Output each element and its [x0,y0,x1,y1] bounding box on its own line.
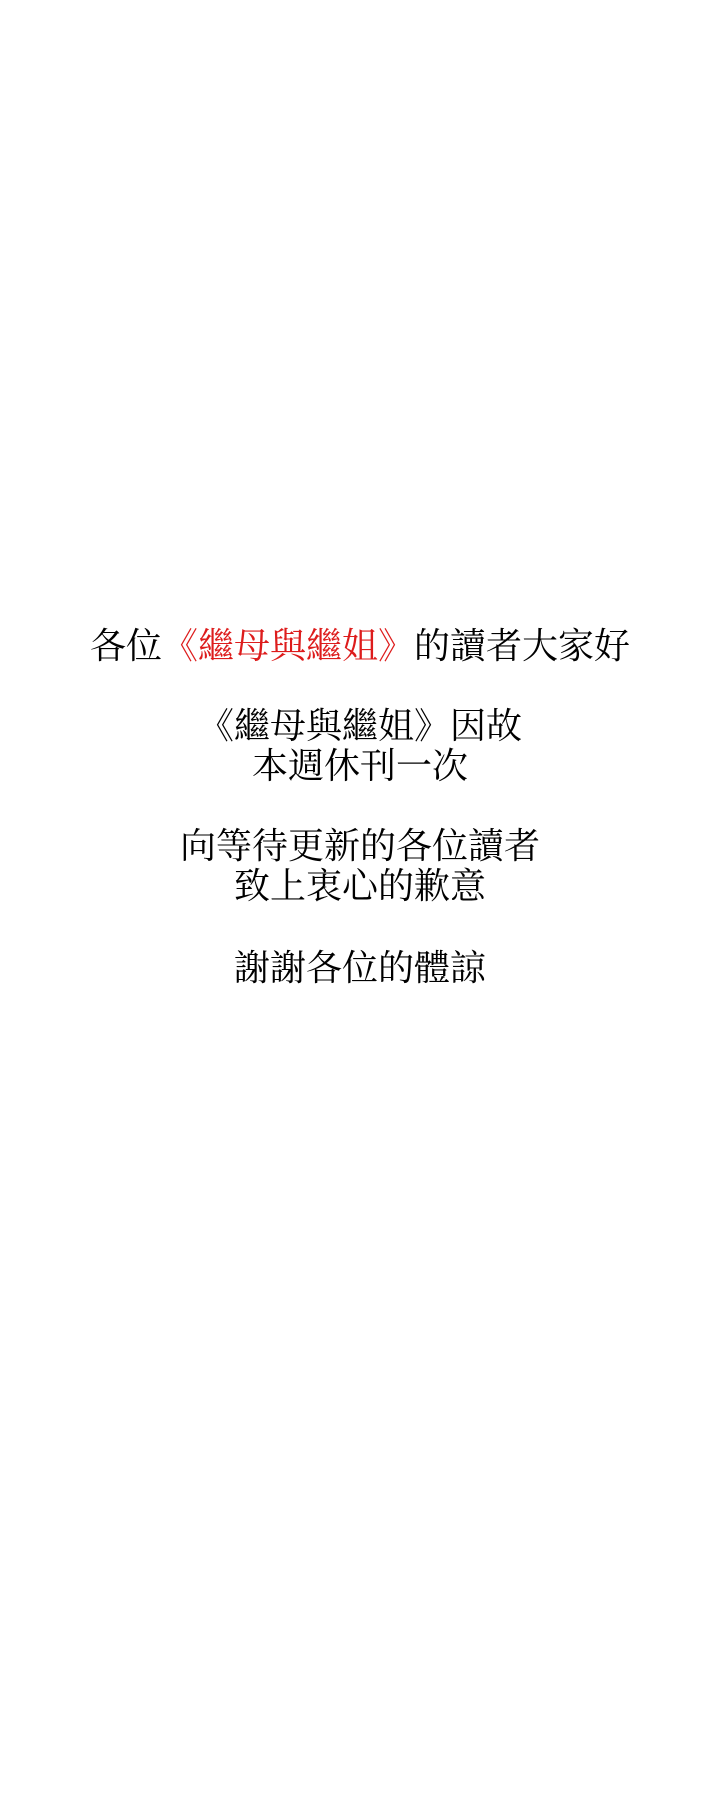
apology-readers-line: 向等待更新的各位讀者 [180,825,540,866]
notice-apology-paragraph: 向等待更新的各位讀者致上衷心的歉意 [0,826,720,906]
thanks-line: 謝謝各位的體諒 [234,947,486,988]
notice-greeting-line: 各位《繼母與繼姐》的讀者大家好 [0,626,720,666]
notice-thanks-paragraph: 謝謝各位的體諒 [0,948,720,988]
hiatus-week-line: 本週休刊一次 [252,745,468,786]
notice-hiatus-paragraph: 《繼母與繼姐》因故本週休刊一次 [0,706,720,786]
greeting-prefix: 各位 [90,625,162,666]
series-title-highlighted: 《繼母與繼姐》 [162,625,414,666]
notice-page-background: 各位《繼母與繼姐》的讀者大家好 《繼母與繼姐》因故本週休刊一次 向等待更新的各位… [0,0,720,1800]
apology-sincere-line: 致上衷心的歉意 [234,865,486,906]
greeting-suffix: 的讀者大家好 [414,625,630,666]
hiatus-reason-line: 《繼母與繼姐》因故 [198,705,522,746]
hiatus-notice-text-block: 各位《繼母與繼姐》的讀者大家好 《繼母與繼姐》因故本週休刊一次 向等待更新的各位… [0,626,720,988]
